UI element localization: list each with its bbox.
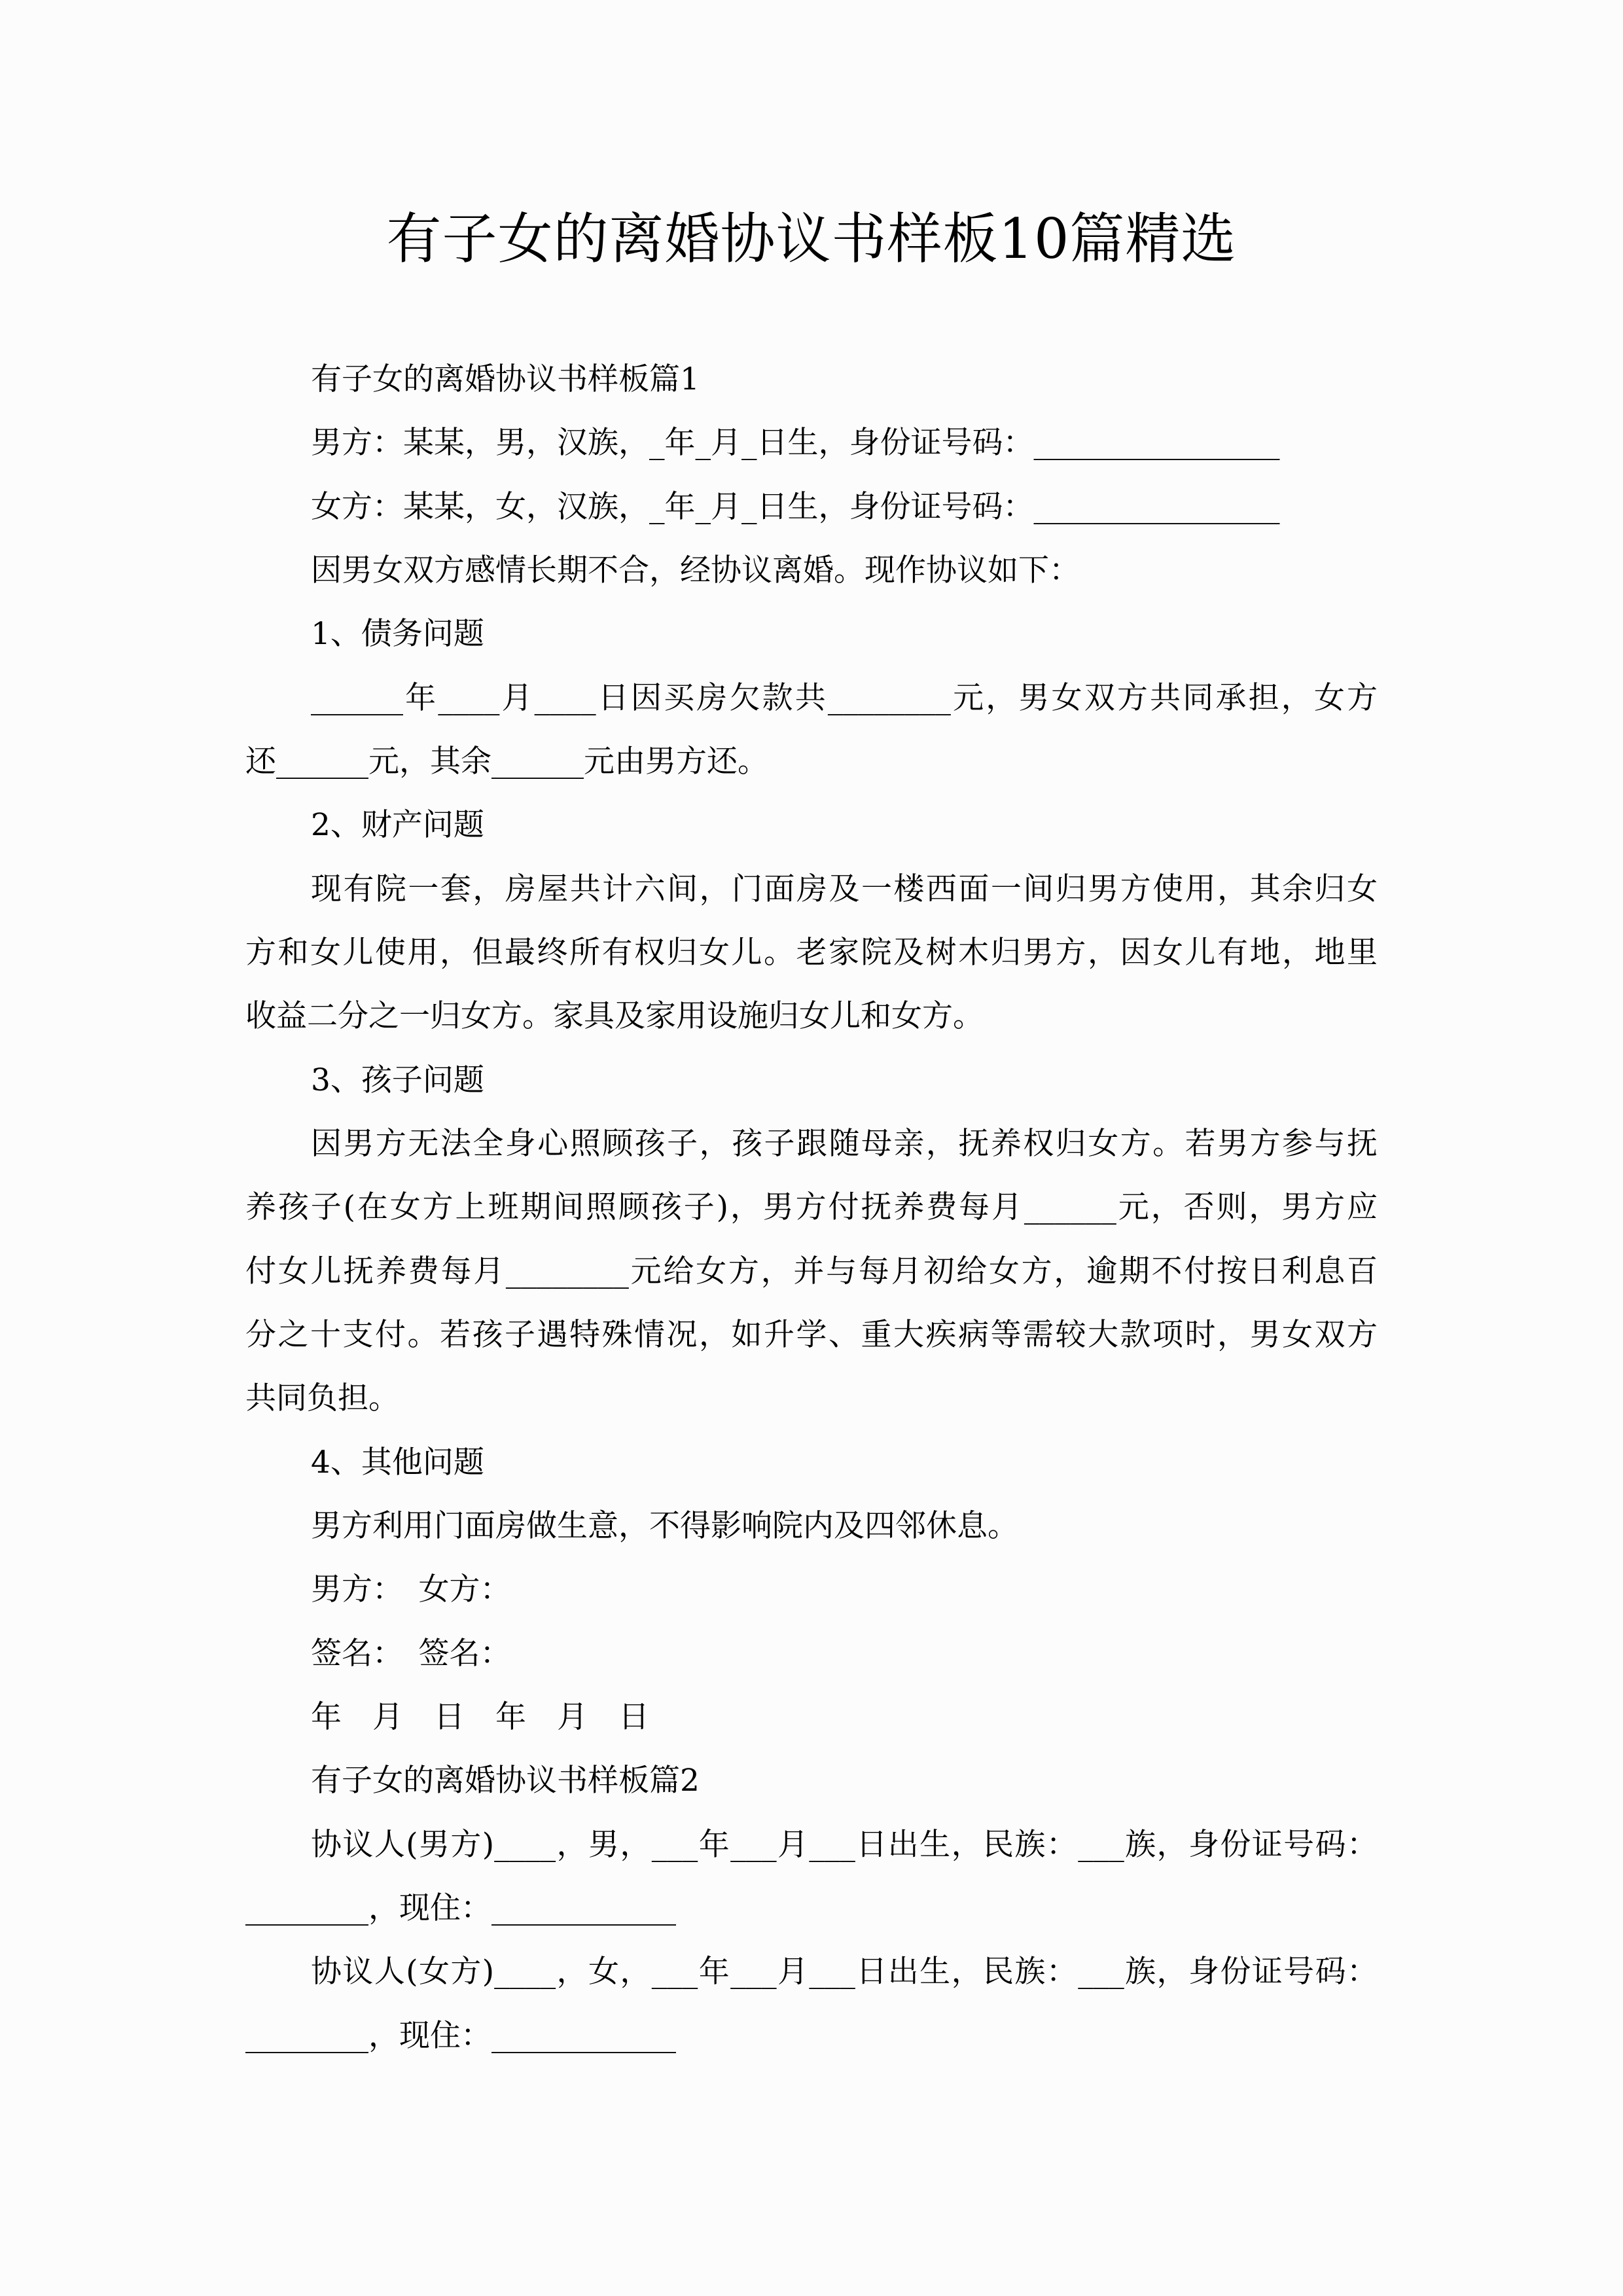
- text-line: 分之十支付。若孩子遇特殊情况，如升学、重大疾病等需较大款项时，男女双方: [245, 1312, 1378, 1358]
- document-title: 有子女的离婚协议书样板10篇精选: [0, 203, 1623, 275]
- text-line: ________，现住：____________: [245, 1886, 1378, 1931]
- text-line: 1、债务问题: [311, 611, 1378, 657]
- text-line: 有子女的离婚协议书样板篇1: [311, 357, 1378, 403]
- text-line: 男方：某某，男，汉族，_年_月_日生，身份证号码：_______________…: [311, 420, 1378, 466]
- text-line: 女方：某某，女，汉族，_年_月_日生，身份证号码：_______________…: [311, 484, 1378, 530]
- text-line: 4、其他问题: [311, 1440, 1378, 1486]
- text-line: 2、财产问题: [311, 802, 1378, 848]
- text-line: 3、孩子问题: [311, 1058, 1378, 1103]
- text-line: 因男女双方感情长期不合，经协议离婚。现作协议如下：: [311, 548, 1378, 594]
- text-line: 年 月 日 年 月 日: [311, 1695, 1378, 1740]
- text-line: 还______元，其余______元由男方还。: [245, 739, 1378, 785]
- text-line: 付女儿抚养费每月________元给女方，并与每月初给女方，逾期不付按日利息百: [245, 1249, 1378, 1295]
- text-line: 共同负担。: [245, 1376, 1378, 1422]
- text-line: 养孩子(在女方上班期间照顾孩子)，男方付抚养费每月______元，否则，男方应: [245, 1185, 1378, 1230]
- text-line: 现有院一套，房屋共计六间，门面房及一楼西面一间归男方使用，其余归女: [311, 867, 1378, 912]
- text-line: ______年____月____日因买房欠款共________元，男女双方共同承…: [311, 675, 1378, 721]
- text-line: 协议人(女方)____，女，___年___月___日出生，民族：___族，身份证…: [311, 1949, 1378, 1995]
- text-line: ________，现住：____________: [245, 2013, 1378, 2059]
- text-line: 有子女的离婚协议书样板篇2: [311, 1758, 1378, 1804]
- document-page: 有子女的离婚协议书样板10篇精选 有子女的离婚协议书样板篇1男方：某某，男，汉族…: [0, 0, 1623, 2296]
- text-line: 协议人(男方)____，男，___年___月___日出生，民族：___族，身份证…: [311, 1822, 1378, 1868]
- text-line: 收益二分之一归女方。家具及家用设施归女儿和女方。: [245, 994, 1378, 1039]
- text-line: 签名： 签名：: [311, 1631, 1378, 1677]
- text-line: 男方利用门面房做生意，不得影响院内及四邻休息。: [311, 1503, 1378, 1549]
- text-line: 方和女儿使用，但最终所有权归女儿。老家院及树木归男方，因女儿有地，地里: [245, 930, 1378, 976]
- text-line: 因男方无法全身心照顾孩子，孩子跟随母亲，抚养权归女方。若男方参与抚: [311, 1121, 1378, 1167]
- text-line: 男方： 女方：: [311, 1567, 1378, 1613]
